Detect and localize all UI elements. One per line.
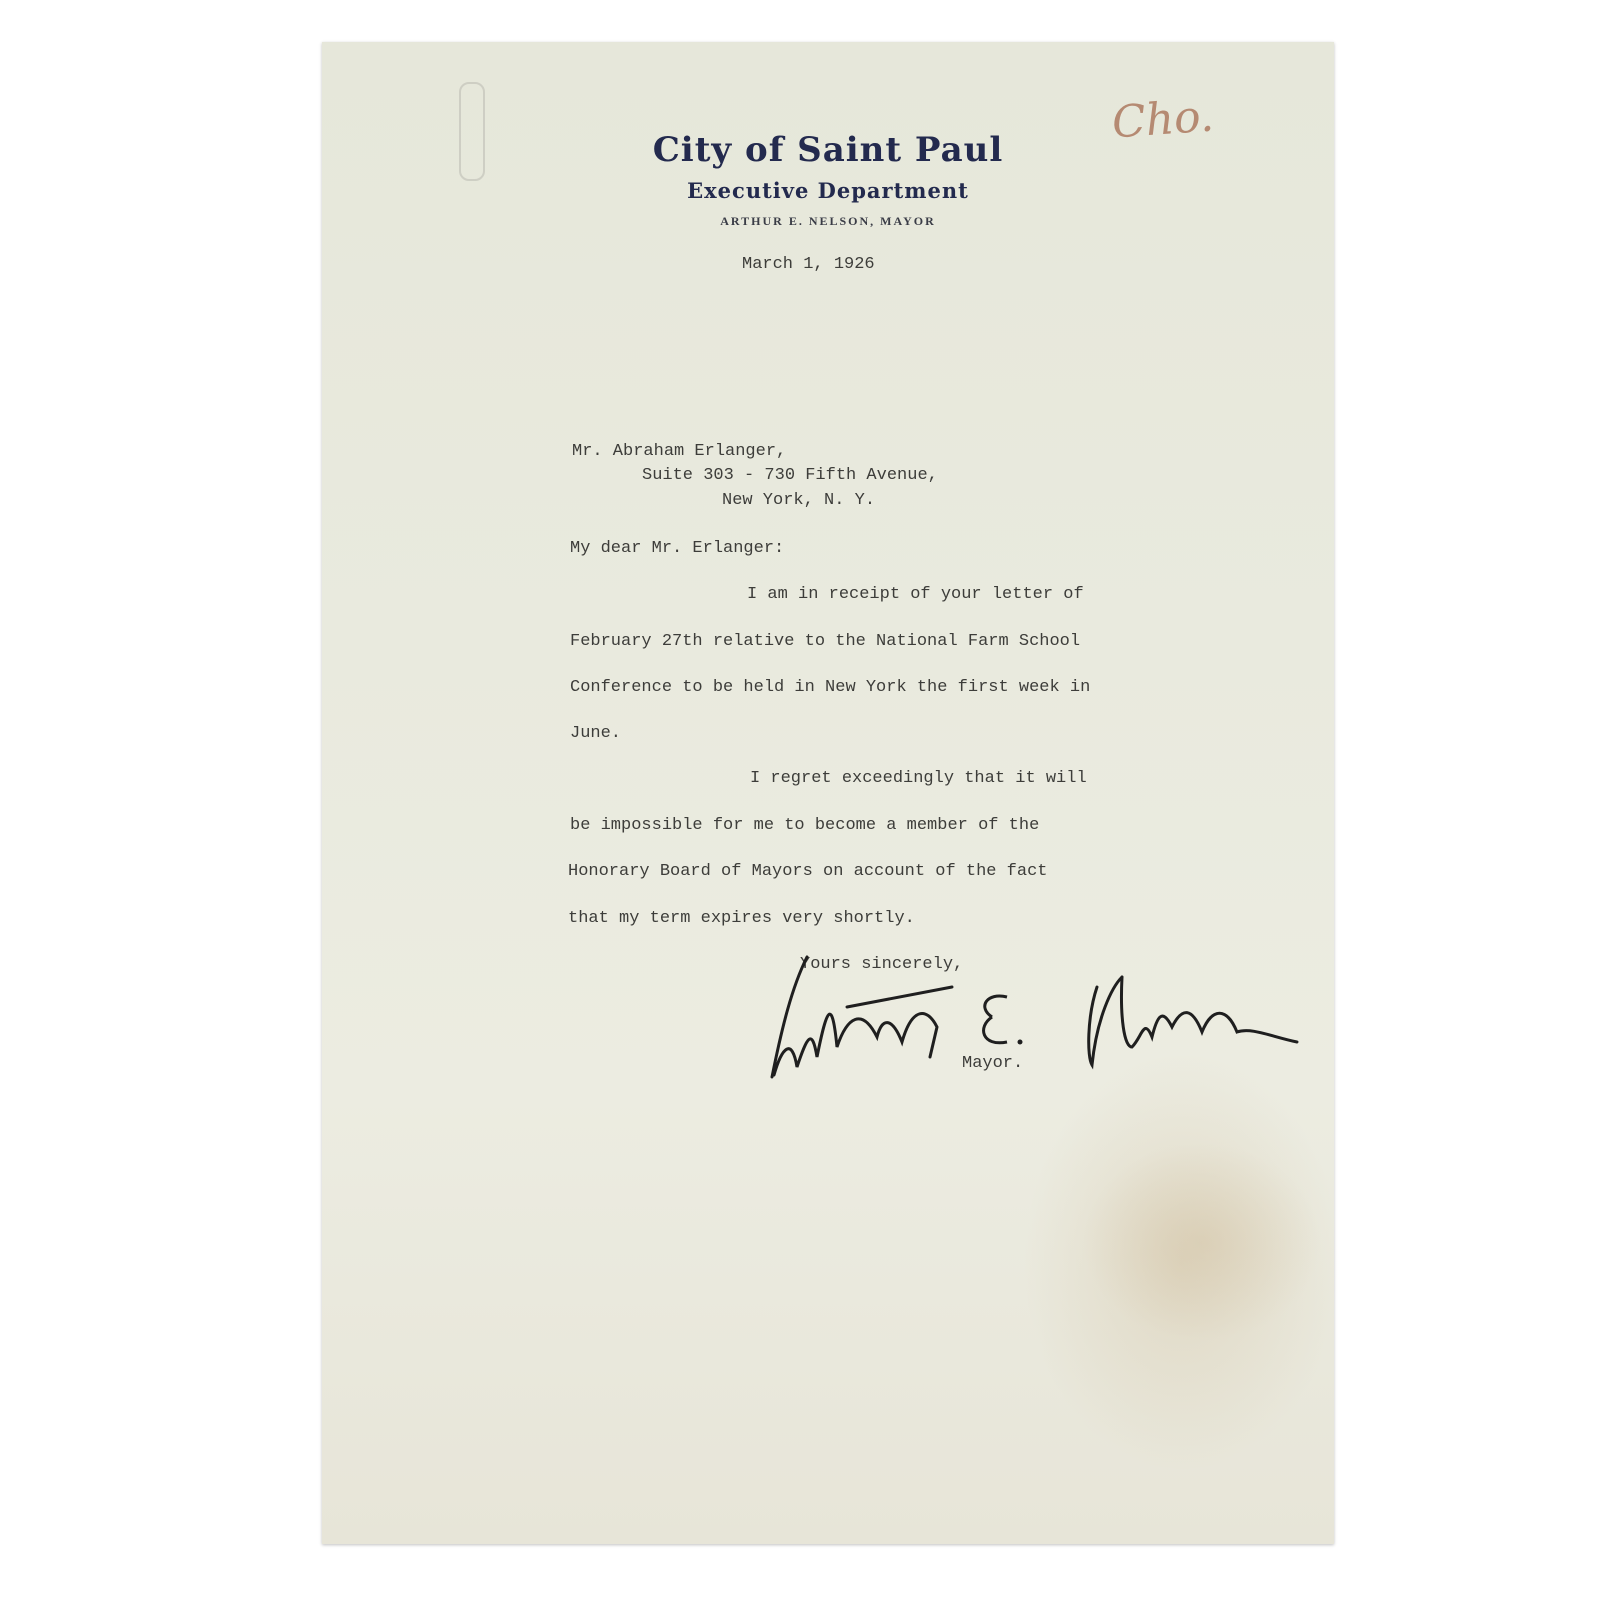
recipient-address-2: New York, N. Y.	[722, 491, 875, 510]
letterhead-mayor: ARTHUR E. NELSON, MAYOR	[322, 214, 1334, 229]
signer-title: Mayor.	[962, 1054, 1023, 1073]
body-line: be impossible for me to become a member …	[570, 816, 1039, 835]
letter-date: March 1, 1926	[742, 255, 875, 274]
handwritten-signature	[752, 947, 1312, 1097]
body-line: February 27th relative to the National F…	[570, 632, 1080, 651]
salutation: My dear Mr. Erlanger:	[570, 539, 784, 558]
body-line: Conference to be held in New York the fi…	[570, 678, 1090, 697]
letterhead-department: Executive Department	[322, 178, 1334, 203]
body-line: I am in receipt of your letter of	[747, 585, 1084, 604]
water-stain	[1082, 1142, 1322, 1342]
recipient-name: Mr. Abraham Erlanger,	[572, 442, 786, 461]
body-line: June.	[570, 724, 621, 743]
body-line: Honorary Board of Mayors on account of t…	[568, 862, 1047, 881]
body-line: I regret exceedingly that it will	[750, 769, 1087, 788]
letterhead-city: City of Saint Paul	[322, 130, 1334, 170]
letter-sheet: Cho. City of Saint Paul Executive Depart…	[322, 42, 1334, 1544]
body-line: that my term expires very shortly.	[568, 909, 915, 928]
recipient-address-1: Suite 303 - 730 Fifth Avenue,	[642, 466, 938, 485]
